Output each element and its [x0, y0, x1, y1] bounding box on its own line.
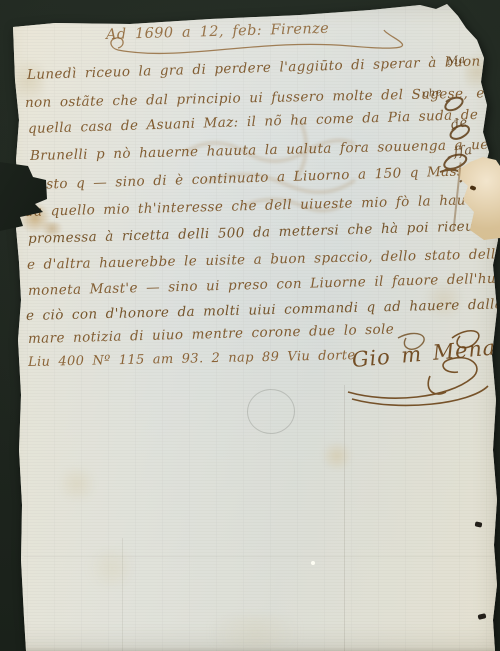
marginal-note: che	[422, 88, 442, 100]
marginal-note: đe	[450, 116, 469, 132]
paper-fleck	[311, 561, 315, 565]
foxing-stain	[190, 616, 320, 648]
foxing-stain	[55, 468, 99, 500]
foxing-stain	[320, 442, 354, 470]
marginal-note: ſſa	[453, 144, 473, 159]
marginal-note: Ma	[446, 53, 466, 66]
letter-paper: Ad 1690 a 12, feb: Firenze Lunedì riceuo…	[0, 0, 500, 651]
fold-crease	[122, 538, 123, 651]
paper-sheet: Ad 1690 a 12, feb: Firenze Lunedì riceuo…	[0, 0, 500, 651]
fold-crease	[344, 385, 345, 651]
fold-crease	[24, 556, 494, 557]
foxing-stain	[85, 548, 139, 588]
